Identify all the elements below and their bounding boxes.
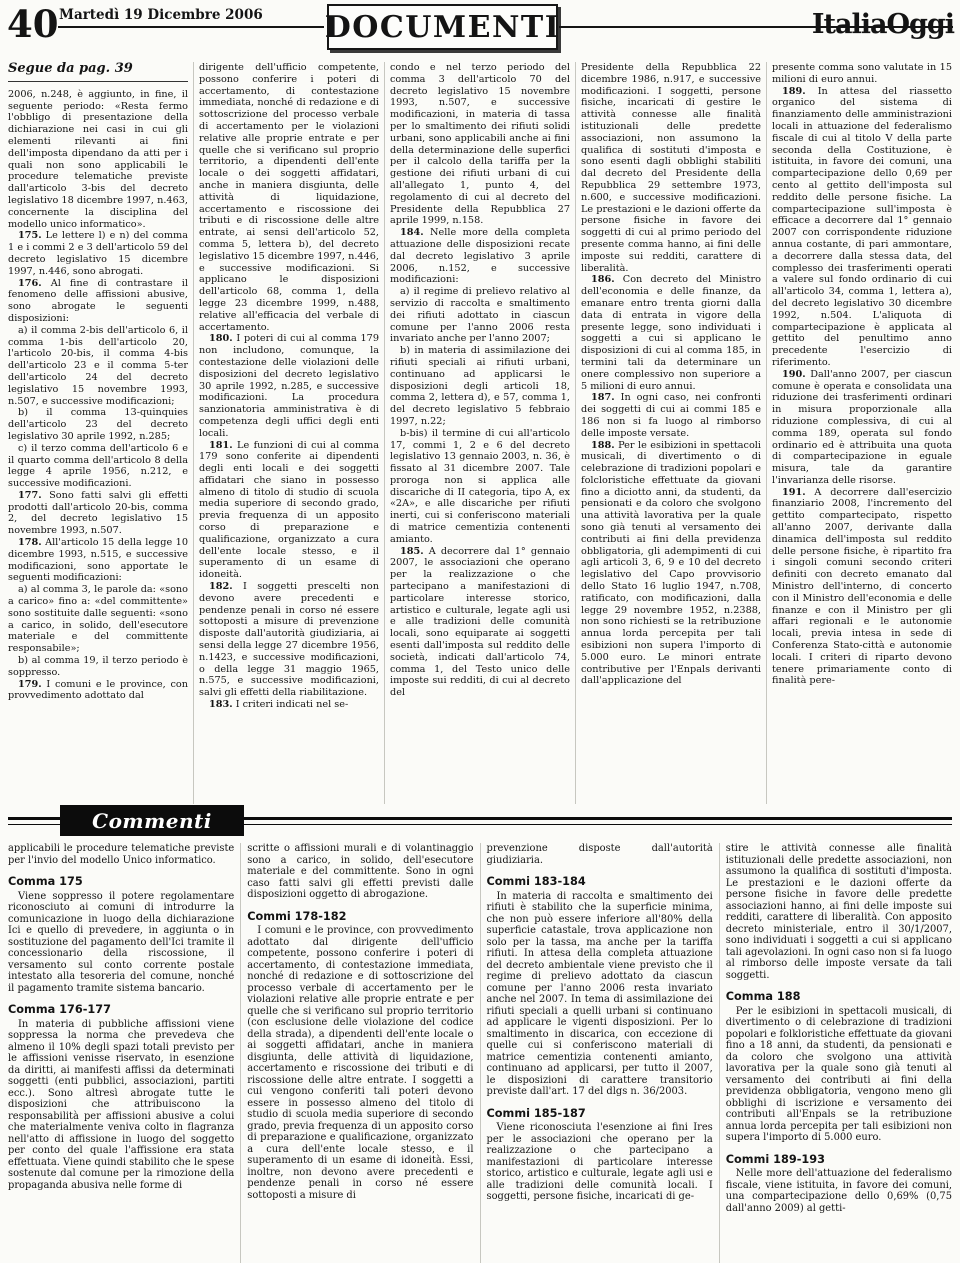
commenti-label-box: Commenti [60,805,244,836]
paragraph-number: 177. [18,490,42,501]
comment-heading: Comma 176-177 [8,1004,234,1016]
law-paragraph: 180. I poteri di cui al comma 179 non in… [199,333,379,439]
law-paragraph: 185. A decorrere dal 1° gennaio 2007, le… [390,546,570,699]
comment-paragraph: In materia di raccolta e smaltimento dei… [487,891,713,1098]
paragraph-number: 175. [18,230,42,241]
law-paragraph: 2006, n.248, è aggiunto, in fine, il seg… [8,89,188,231]
law-column-2: dirigente dell'ufficio competente, posso… [193,62,384,804]
law-paragraph: 178. All'articolo 15 della legge 10 dice… [8,537,188,584]
law-paragraph: Presidente della Repubblica 22 dicembre … [581,62,761,274]
law-paragraph: 189. In attesa del riassetto organico de… [772,86,952,369]
law-paragraph: b-bis) il termine di cui all'articolo 17… [390,428,570,546]
comment-paragraph: scritte o affissioni murali e di volanti… [247,843,473,901]
law-column-4: Presidente della Repubblica 22 dicembre … [575,62,766,804]
comment-paragraph: Viene soppresso il potere regolamentare … [8,891,234,995]
comment-heading: Commi 189-193 [726,1154,952,1166]
law-paragraph: dirigente dell'ufficio competente, posso… [199,62,379,333]
law-paragraph: a) al comma 3, le parole da: «sono a car… [8,584,188,655]
law-paragraph: b) il comma 13-quinquies dell'articolo 2… [8,407,188,442]
commenti-column-4: stire le attività connesse alle finalità… [719,843,952,1263]
paragraph-number: 178. [18,537,42,548]
comment-paragraph: applicabili le procedure telematiche pre… [8,843,234,866]
comment-paragraph: In materia di pubbliche affissioni viene… [8,1019,234,1192]
law-paragraph: a) il comma 2-bis dell'articolo 6, il co… [8,325,188,408]
law-paragraph: 177. Sono fatti salvi gli effetti prodot… [8,490,188,537]
comment-paragraph: Per le esibizioni in spettacoli musicali… [726,1006,952,1144]
paragraph-number: 189. [782,86,806,97]
law-paragraph: c) il terzo comma dell'articolo 6 e il q… [8,443,188,490]
law-paragraph: 187. In ogni caso, nei confronti dei sog… [581,392,761,439]
law-column-1: Segue da pag. 392006, n.248, è aggiunto,… [8,62,193,804]
commenti-column-1: applicabili le procedure telematiche pre… [8,843,240,1263]
law-column-3: condo e nel terzo periodo del comma 3 de… [384,62,575,804]
paragraph-number: 181. [209,440,233,451]
masthead-rule-left [58,26,324,28]
law-paragraph: a) il regime di prelievo relativo al ser… [390,286,570,345]
commenti-section: applicabili le procedure telematiche pre… [8,843,952,1263]
paragraph-number: 185. [400,546,424,557]
commenti-column-3: prevenzione disposte dall'autorità giudi… [480,843,719,1263]
comment-paragraph: stire le attività connesse alle finalità… [726,843,952,981]
comment-paragraph: Nelle more dell'attuazione del federalis… [726,1168,952,1214]
brand-logo: ItaliaOggi [812,9,954,40]
law-column-5: presente comma sono valutate in 15 milio… [766,62,952,804]
continuation-note: Segue da pag. 39 [8,62,188,82]
law-paragraph: b) al comma 19, il terzo periodo è soppr… [8,655,188,679]
law-paragraph: 176. Al fine di contrastare il fenomeno … [8,278,188,325]
paragraph-number: 187. [591,392,615,403]
comment-heading: Comma 175 [8,876,234,888]
law-paragraph: b) in materia di assimilazione dei rifiu… [390,345,570,428]
paragraph-number: 190. [782,369,806,380]
paragraph-number: 184. [400,227,424,238]
section-title-box: DOCUMENTI [327,4,558,50]
law-paragraph: 188. Per le esibizioni in spettacoli mus… [581,440,761,688]
law-paragraph: 175. Le lettere l) e n) del comma 1 e i … [8,230,188,277]
law-paragraph: 181. Le funzioni di cui al comma 179 son… [199,440,379,582]
page-number: 40 [7,0,59,48]
law-paragraph: 184. Nelle more della completa attuazion… [390,227,570,286]
law-paragraph: 179. I comuni e le province, con provved… [8,679,188,703]
commenti-divider: Commenti [8,805,952,837]
law-paragraph: presente comma sono valutate in 15 milio… [772,62,952,86]
comment-heading: Commi 185-187 [487,1108,713,1120]
law-paragraph: 183. I criteri indicati nel se- [199,699,379,711]
comment-heading: Commi 178-182 [247,911,473,923]
comment-heading: Commi 183-184 [487,876,713,888]
paragraph-number: 186. [591,274,615,285]
law-paragraph: condo e nel terzo periodo del comma 3 de… [390,62,570,227]
comment-paragraph: I comuni e le province, con provvediment… [247,925,473,1201]
law-paragraph: 182. I soggetti prescelti non devono ave… [199,581,379,699]
comment-paragraph: prevenzione disposte dall'autorità giudi… [487,843,713,866]
paragraph-number: 188. [591,440,615,451]
newspaper-page: 40 Martedì 19 Dicembre 2006 DOCUMENTI It… [0,0,960,1263]
section-title: DOCUMENTI [325,10,561,45]
commenti-column-2: scritte o affissioni murali e di volanti… [240,843,479,1263]
law-text-section: Segue da pag. 392006, n.248, è aggiunto,… [8,62,952,804]
law-paragraph: 186. Con decreto del Ministro dell'econo… [581,274,761,392]
comment-paragraph: Viene riconosciuta l'esenzione ai fini I… [487,1122,713,1203]
paragraph-number: 176. [18,278,42,289]
paragraph-number: 179. [18,679,42,690]
issue-date: Martedì 19 Dicembre 2006 [59,7,263,23]
commenti-label: Commenti [92,809,212,833]
paragraph-number: 180. [209,333,233,344]
paragraph-number: 182. [209,581,233,592]
comment-heading: Comma 188 [726,991,952,1003]
paragraph-number: 183. [209,699,233,710]
paragraph-number: 191. [782,487,806,498]
law-paragraph: 190. Dall'anno 2007, per ciascun comune … [772,369,952,487]
law-paragraph: 191. A decorrere dall'esercizio finanzia… [772,487,952,688]
